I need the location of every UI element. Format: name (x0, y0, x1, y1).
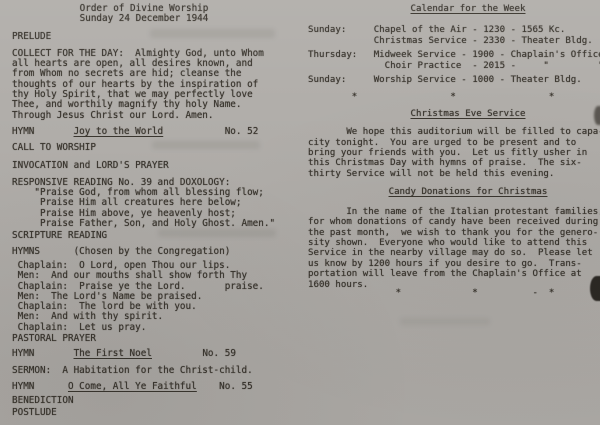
responsive-reading-section: RESPONSIVE READING No. 39 and DOXOLOGY: … (12, 178, 302, 229)
hymn-label: HYMN (12, 381, 68, 392)
christmas-eve-paragraph: We hope this auditorium will be filled t… (308, 127, 600, 179)
hymn-line-3: HYMN O Come, All Ye Faithful No. 55 (12, 382, 302, 392)
bleed-through-smudge (400, 318, 490, 325)
scan-artifact (594, 106, 600, 125)
paragraph-line: us know by 1200 hours if you desire to g… (308, 259, 600, 269)
hymn-number: No. 52 (163, 126, 258, 137)
christmas-eve-heading: Christmas Eve Service (308, 109, 600, 119)
invocation-heading: INVOCATION and LORD'S PRAYER (12, 161, 302, 171)
postlude-heading: POSTLUDE (12, 408, 302, 418)
calendar-entry: Sunday: Chapel of the Air - 1230 - 1565 … (308, 25, 600, 35)
hymn-label: HYMN (12, 348, 74, 359)
hymn-number: No. 59 (152, 348, 236, 359)
scan-artifact (590, 276, 600, 301)
paragraph-line: In the name of the Italian protestant fa… (308, 207, 600, 217)
dialogue-line: Men: And our mouths shall show forth Thy (12, 271, 302, 281)
calendar-entry: Christmas Service - 2330 - Theater Bldg. (308, 36, 600, 46)
paragraph-line: thirty Service will not be held this eve… (308, 169, 600, 179)
candy-donations-paragraph: In the name of the Italian protestant fa… (308, 207, 600, 290)
calendar-heading: Calendar for the Week (308, 4, 600, 14)
hymn-label: HYMN (12, 126, 74, 137)
calendar-list: Sunday: Chapel of the Air - 1230 - 1565 … (308, 25, 600, 85)
calendar-entry: Choir Practice - 2015 - " " (308, 61, 600, 71)
hymn-number: No. 55 (197, 381, 253, 392)
hymn-title: The First Noel (74, 348, 152, 359)
pastoral-prayer-heading: PASTORAL PRAYER (12, 334, 302, 344)
order-of-worship-column: Order of Divine Worship Sunday 24 Decemb… (12, 4, 302, 418)
hymn-line-2: HYMN The First Noel No. 59 (12, 349, 302, 359)
bleed-through-smudge (158, 229, 276, 237)
hymns-note-line: HYMNS (Chosen by the Congregation) (12, 247, 302, 257)
paragraph-line: the past month, we wish to thank you for… (308, 228, 600, 238)
collect-paragraph: COLLECT FOR THE DAY: Almighty God, unto … (12, 49, 302, 121)
title-line-2: Sunday 24 December 1944 (12, 14, 276, 24)
hymn-line-1: HYMN Joy to the World No. 52 (12, 127, 302, 137)
page-title: Order of Divine Worship Sunday 24 Decemb… (12, 4, 302, 25)
paragraph-line: sity shown. Everyone who would like to a… (308, 238, 600, 248)
hymn-title: Joy to the World (74, 126, 164, 137)
paragraph-line: this Christmas Day with hymns of praise.… (308, 158, 600, 168)
bleed-through-smudge (150, 29, 275, 38)
asterisk-separator: * * * (308, 92, 600, 102)
hymn-title: O Come, All Ye Faithful (68, 381, 197, 392)
paragraph-line: We hope this auditorium will be filled t… (308, 127, 600, 137)
benediction-heading: BENEDICTION (12, 396, 302, 406)
paragraph-line: bring your friends with you. Let us fitl… (308, 148, 600, 158)
paragraph-line: city tonight. You are urged to be presen… (308, 138, 600, 148)
paragraph-line: for whom donations of candy have been re… (308, 217, 600, 227)
paragraph-line: Service in the nearby village may do so.… (308, 248, 600, 258)
calendar-entry: Sunday: Worship Service - 1000 - Theater… (308, 75, 600, 85)
doxology-line: Praise Father, Son, and Holy Ghost. Amen… (12, 219, 302, 229)
versicles-dialogue: Chaplain: O Lord, open Thou our lips. Me… (12, 261, 302, 333)
sermon-line: SERMON: A Habitation for the Christ-chil… (12, 366, 302, 376)
bleed-through-smudge (152, 141, 260, 149)
scanned-bulletin-page: Order of Divine Worship Sunday 24 Decemb… (0, 0, 600, 425)
paragraph-line: portation will leave from the Chaplain's… (308, 269, 600, 279)
announcements-column: Calendar for the Week Sunday: Chapel of … (308, 4, 600, 298)
dialogue-line: Chaplain: Let us pray. (12, 323, 302, 333)
candy-donations-heading: Candy Donations for Christmas (308, 187, 600, 197)
asterisk-separator: * * - * (308, 288, 600, 298)
collect-line: Through Jesus Christ our Lord. Amen. (12, 111, 302, 121)
calendar-entry: Thursday: Midweek Service - 1900 - Chapl… (308, 50, 600, 60)
